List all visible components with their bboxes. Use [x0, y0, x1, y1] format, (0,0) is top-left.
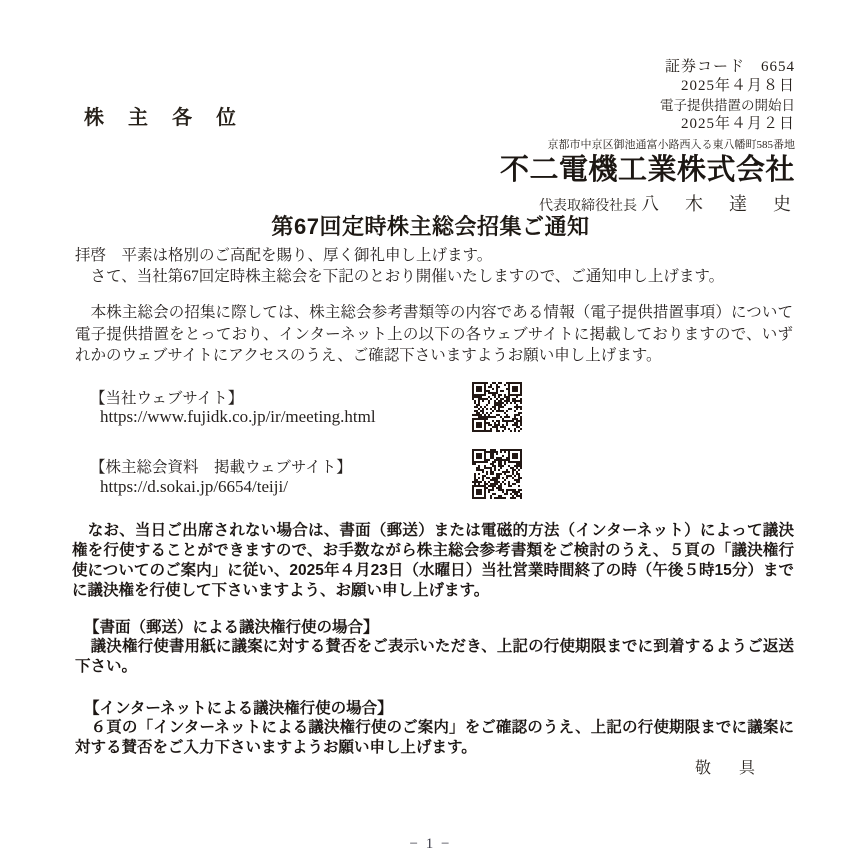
closing-salutation: 敬 具 [695, 755, 761, 778]
company-website-label: 【当社ウェブサイト】 [90, 386, 243, 408]
greeting-line-1: 拝啓 平素は格別のご高配を賜り、厚く御礼申し上げます。 [75, 245, 793, 266]
mail-voting-heading: 【書面（郵送）による議決権行使の場合】 [84, 615, 379, 637]
voting-notice-paragraph: なお、当日ご出席されない場合は、書面（郵送）または電磁的方法（インターネット）に… [72, 521, 794, 601]
greeting-paragraph: 拝啓 平素は格別のご高配を賜り、厚く御礼申し上げます。 さて、当社第67回定時株… [75, 245, 793, 287]
edp-start-date: 2025年４月２日 [500, 115, 795, 134]
securities-code: 証券コード 6654 [500, 58, 795, 77]
qr-code [472, 449, 522, 499]
internet-voting-heading: 【インターネットによる議決権行使の場合】 [84, 696, 393, 718]
notice-date: 2025年４月８日 [500, 77, 795, 96]
greeting-line-2: さて、当社第67回定時株主総会を下記のとおり開催いたしますので、ご通知申し上げま… [75, 266, 793, 287]
electronic-provision-paragraph: 本株主総会の招集に際しては、株主総会参考書類等の内容である情報（電子提供措置事項… [75, 302, 793, 367]
recipient-line: 株 主 各 位 [84, 101, 238, 130]
document-page: 株 主 各 位 証券コード 6654 2025年４月８日 電子提供措置の開始日 … [0, 0, 861, 864]
company-address: 京都市中京区御池通富小路西入る東八幡町585番地 [500, 138, 795, 152]
document-header: 証券コード 6654 2025年４月８日 電子提供措置の開始日 2025年４月２… [500, 58, 795, 216]
edp-start-label: 電子提供措置の開始日 [500, 96, 795, 115]
mail-voting-body: 議決権行使書用紙に議案に対する賛否をご表示いただき、上記の行使期限までに到着する… [75, 637, 794, 677]
meeting-materials-website-label: 【株主総会資料 掲載ウェブサイト】 [90, 455, 352, 477]
company-name-logo: 不二電機工業株式会社 [500, 153, 795, 187]
company-website-url[interactable]: https://www.fujidk.co.jp/ir/meeting.html [100, 407, 376, 427]
page-number: − 1 − [0, 836, 861, 853]
meeting-materials-website-url[interactable]: https://d.sokai.jp/6654/teiji/ [100, 477, 288, 497]
page-title: 第67回定時株主総会招集ご通知 [0, 210, 861, 241]
qr-code [472, 382, 522, 432]
internet-voting-body: ６頁の「インターネットによる議決権行使のご案内」をご確認のうえ、上記の行使期限ま… [75, 718, 794, 758]
